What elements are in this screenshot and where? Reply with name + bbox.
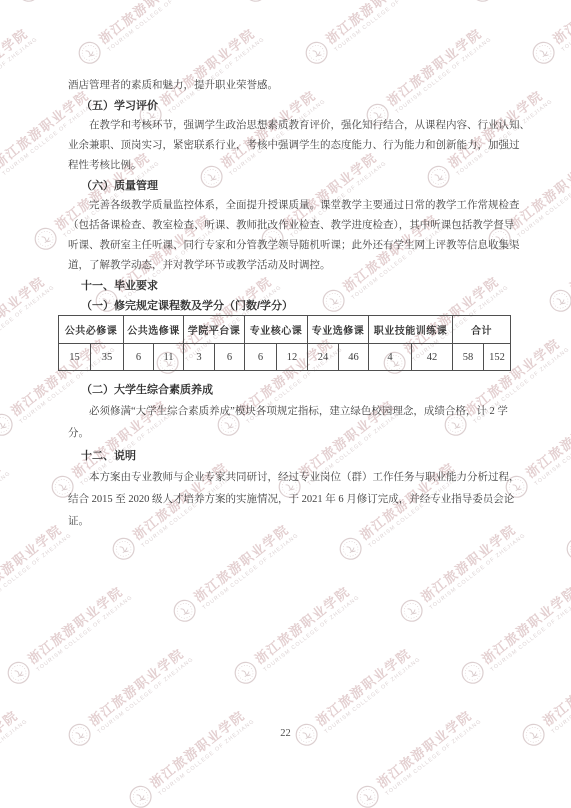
table-header-cell: 合计 [453,316,511,344]
table-value-cell: 6 [215,344,245,371]
table-value-cell: 35 [91,344,124,371]
table-header-cell: 公共选修课 [124,316,184,344]
watermark-stamp: 浙江旅游职业学院TOURISM COLLEGE OF ZHEJIANG [455,579,571,691]
section-heading: （一）修完规定课程数及学分（门数/学分） [68,296,512,316]
college-seal-icon [12,0,46,8]
watermark-text-en: TOURISM COLLEGE OF ZHEJIANG [551,656,571,735]
table-value-cell: 4 [369,344,412,371]
watermark-text: 浙江旅游职业学院TOURISM COLLEGE OF ZHEJIANG [250,579,361,674]
watermark-text: 浙江旅游职业学院TOURISM COLLEGE OF ZHEJIANG [538,641,571,736]
college-seal-icon [0,408,18,442]
watermark-stamp: 浙江旅游职业学院TOURISM COLLEGE OF ZHEJIANG [526,0,571,70]
watermark-stamp: 浙江旅游职业学院TOURISM COLLEGE OF ZHEJIANG [238,0,371,8]
watermark-text-cn: 浙江旅游职业学院 [84,641,191,730]
college-seal-icon [2,656,36,690]
table-value-cell: 46 [339,344,369,371]
college-seal-icon [0,160,1,194]
watermark-stamp: 浙江旅游职业学院TOURISM COLLEGE OF ZHEJIANG [0,455,12,567]
text-line: 必须修满“大学生综合素质养成”模块各项规定指标，建立绿色校园理念，成绩合格，计 … [68,401,512,423]
watermark-stamp: 浙江旅游职业学院TOURISM COLLEGE OF ZHEJIANG [299,0,432,70]
college-seal-icon [395,594,429,628]
table-value-cell: 6 [245,344,277,371]
watermark-text: 浙江旅游职业学院TOURISM COLLEGE OF ZHEJIANG [504,145,571,240]
watermark-text-en: TOURISM COLLEGE OF ZHEJIANG [490,594,571,673]
watermark-stamp: 浙江旅游职业学院TOURISM COLLEGE OF ZHEJIANG [11,0,144,8]
watermark-text: 浙江旅游职业学院TOURISM COLLEGE OF ZHEJIANG [0,517,73,612]
watermark-text: 浙江旅游职业学院TOURISM COLLEGE OF ZHEJIANG [94,0,205,53]
watermark-text-en: TOURISM COLLEGE OF ZHEJIANG [0,532,73,611]
watermark-stamp: 浙江旅游职业学院TOURISM COLLEGE OF ZHEJIANG [394,517,527,629]
table-header-cell: 专业选修课 [308,316,369,344]
text-line: 分。 [68,423,512,445]
text-line: 证。 [68,511,512,533]
college-seal-icon [124,780,158,808]
college-seal-icon [561,532,571,566]
watermark-text-en: TOURISM COLLEGE OF ZHEJIANG [324,656,423,735]
watermark-stamp: 浙江旅游职业学院TOURISM COLLEGE OF ZHEJIANG [350,703,483,808]
watermark-stamp: 浙江旅游职业学院TOURISM COLLEGE OF ZHEJIANG [228,579,361,691]
credits-table: 公共必修课公共选修课学院平台课专业核心课专业选修课职业技能训练课合计 15356… [58,315,511,371]
watermark-text-en: TOURISM COLLEGE OF ZHEJIANG [334,0,433,53]
college-seal-icon [239,0,273,8]
watermark-stamp: 浙江旅游职业学院TOURISM COLLEGE OF ZHEJIANG [0,703,29,808]
watermark-text-cn: 浙江旅游职业学院 [23,579,130,668]
watermark-text-cn: 浙江旅游职业学院 [565,207,571,296]
college-seal-icon [334,532,368,566]
college-seal-icon [351,780,385,808]
table-header-cell: 公共必修课 [59,316,124,344]
table-header-row: 公共必修课公共选修课学院平台课专业核心课专业选修课职业技能训练课合计 [59,316,511,344]
watermark-text-cn: 浙江旅游职业学院 [504,145,571,234]
watermark-text-en: TOURISM COLLEGE OF ZHEJIANG [263,594,362,673]
text-line: 道，了解教学动态，并对教学环节或教学活动及时调控。 [68,256,512,276]
watermark-stamp: 浙江旅游职业学院TOURISM COLLEGE OF ZHEJIANG [0,21,39,133]
watermark-text-cn: 浙江旅游职业学院 [321,0,428,48]
college-seal-icon [73,36,107,70]
watermark-text-en: TOURISM COLLEGE OF ZHEJIANG [429,532,528,611]
watermark-text-cn: 浙江旅游职业学院 [538,641,571,730]
watermark-text: 浙江旅游职业学院TOURISM COLLEGE OF ZHEJIANG [548,0,571,53]
watermark-text: 浙江旅游职业学院TOURISM COLLEGE OF ZHEJIANG [84,641,195,736]
table-header-cell: 职业技能训练课 [369,316,453,344]
text-line: 在教学和考核环节，强调学生政治思想素质教育评价，强化知行结合，从课程内容、行业认… [68,116,512,136]
college-seal-icon [29,222,63,256]
watermark-stamp: 浙江旅游职业学院TOURISM COLLEGE OF ZHEJIANG [0,269,56,381]
table-value-cell: 58 [453,344,484,371]
watermark-text-cn: 浙江旅游职业学院 [94,0,201,48]
watermark-stamp: 浙江旅游职业学院TOURISM COLLEGE OF ZHEJIANG [465,0,571,8]
watermark-text-en: TOURISM COLLEGE OF ZHEJIANG [107,0,206,53]
watermark-stamp: 浙江旅游职业学院TOURISM COLLEGE OF ZHEJIANG [123,703,256,808]
text-line: 业余兼职、顶岗实习，紧密联系行业，考核中强调学生的态度能力、行为能力和创新能力，… [68,136,512,156]
watermark-text: 浙江旅游职业学院TOURISM COLLEGE OF ZHEJIANG [372,703,483,798]
section-heading: 十一、毕业要求 [68,276,512,296]
table-value-cell: 11 [154,344,184,371]
college-seal-icon [107,532,141,566]
watermark-text-cn: 浙江旅游职业学院 [0,703,25,792]
college-seal-icon [229,656,263,690]
watermark-text-en: TOURISM COLLEGE OF ZHEJIANG [0,284,56,363]
watermark-text: 浙江旅游职业学院TOURISM COLLEGE OF ZHEJIANG [0,269,56,364]
text-line: 完善各级教学质量监控体系，全面提升授课质量。课堂教学主要通过日常的教学工作常规检… [68,196,512,216]
table-value-cell: 24 [308,344,339,371]
watermark-stamp: 浙江旅游职业学院TOURISM COLLEGE OF ZHEJIANG [543,207,571,319]
watermark-text: 浙江旅游职业学院TOURISM COLLEGE OF ZHEJIANG [0,455,12,550]
table-value-row: 153561136612244644258152 [59,344,511,371]
watermark-text: 浙江旅游职业学院TOURISM COLLEGE OF ZHEJIANG [0,21,39,116]
text-line: 结合 2015 至 2020 级人才培养方案的实施情况，于 2021 年 6 月… [68,489,512,511]
text-line: 酒店管理者的素质和魅力，提升职业荣誉感。 [68,76,512,96]
watermark-stamp: 浙江旅游职业学院TOURISM COLLEGE OF ZHEJIANG [560,455,571,567]
section-heading: （二）大学生综合素质养成 [68,379,512,401]
section-heading: （六）质量管理 [68,176,512,196]
watermark-text-en: TOURISM COLLEGE OF ZHEJIANG [561,0,571,53]
watermark-text-cn: 浙江旅游职业学院 [548,0,571,48]
watermark-stamp: 浙江旅游职业学院TOURISM COLLEGE OF ZHEJIANG [167,517,300,629]
text-line: 本方案由专业教师与企业专家共同研讨，经过专业岗位（群）工作任务与职业能力分析过程… [68,467,512,489]
watermark-text-cn: 浙江旅游职业学院 [0,269,52,358]
page-number: 22 [0,728,571,739]
watermark-text: 浙江旅游职业学院TOURISM COLLEGE OF ZHEJIANG [477,579,571,674]
college-seal-icon [544,284,571,318]
document-page: 浙江旅游职业学院TOURISM COLLEGE OF ZHEJIANG浙江旅游职… [0,0,571,808]
watermark-text: 浙江旅游职业学院TOURISM COLLEGE OF ZHEJIANG [565,207,571,302]
watermark-text: 浙江旅游职业学院TOURISM COLLEGE OF ZHEJIANG [311,641,422,736]
watermark-text: 浙江旅游职业学院TOURISM COLLEGE OF ZHEJIANG [0,703,29,798]
watermark-text-en: TOURISM COLLEGE OF ZHEJIANG [0,470,12,549]
college-seal-icon [456,656,490,690]
watermark-text-cn: 浙江旅游职业学院 [250,579,357,668]
text-line: 听课、教研室主任听课、同行专家和分管教学领导随机听课；此外还有学生网上评教等信息… [68,236,512,256]
watermark-text-cn: 浙江旅游职业学院 [0,21,35,110]
watermark-stamp: 浙江旅游职业学院TOURISM COLLEGE OF ZHEJIANG [1,579,134,691]
section-heading: （五）学习评价 [68,96,512,116]
table-value-cell: 15 [59,344,91,371]
watermark-text-en: TOURISM COLLEGE OF ZHEJIANG [517,160,571,239]
watermark-text-cn: 浙江旅游职业学院 [0,455,8,544]
table-value-cell: 6 [124,344,154,371]
watermark-text-en: TOURISM COLLEGE OF ZHEJIANG [97,656,196,735]
watermark-text-cn: 浙江旅游职业学院 [372,703,479,792]
college-seal-icon [527,36,561,70]
section-heading: 十二、说明 [68,445,512,467]
watermark-text-en: TOURISM COLLEGE OF ZHEJIANG [534,408,571,487]
watermark-stamp: 浙江旅游职业学院TOURISM COLLEGE OF ZHEJIANG [0,517,73,629]
college-seal-icon [466,0,500,8]
watermark-text-en: TOURISM COLLEGE OF ZHEJIANG [36,594,135,673]
text-line: 程性考核比例。 [68,156,512,176]
watermark-text-cn: 浙江旅游职业学院 [311,641,418,730]
upper-text-flow: 酒店管理者的素质和魅力，提升职业荣誉感。（五）学习评价在教学和考核环节，强调学生… [68,76,512,316]
watermark-text-en: TOURISM COLLEGE OF ZHEJIANG [0,36,39,115]
text-line: （包括备课检查、教室检查、听课、教师批改作业检查、教学进度检查），其中听课包括教… [68,216,512,236]
college-seal-icon [168,594,202,628]
watermark-text: 浙江旅游职业学院TOURISM COLLEGE OF ZHEJIANG [23,579,134,674]
table-header-cell: 专业核心课 [245,316,308,344]
college-seal-icon [300,36,334,70]
watermark-text: 浙江旅游职业学院TOURISM COLLEGE OF ZHEJIANG [321,0,432,53]
table-value-cell: 152 [484,344,511,371]
table-header-cell: 学院平台课 [184,316,245,344]
table-value-cell: 42 [412,344,453,371]
table-value-cell: 3 [184,344,215,371]
watermark-stamp: 浙江旅游职业学院TOURISM COLLEGE OF ZHEJIANG [72,0,205,70]
watermark-text-cn: 浙江旅游职业学院 [521,393,571,482]
watermark-text-en: TOURISM COLLEGE OF ZHEJIANG [202,532,301,611]
watermark-text-cn: 浙江旅游职业学院 [0,517,69,606]
watermark-text: 浙江旅游职业学院TOURISM COLLEGE OF ZHEJIANG [521,393,571,488]
lower-text-flow: （二）大学生综合素质养成必须修满“大学生综合素质养成”模块各项规定指标，建立绿色… [68,379,512,533]
watermark-text: 浙江旅游职业学院TOURISM COLLEGE OF ZHEJIANG [145,703,256,798]
table-value-cell: 12 [277,344,308,371]
watermark-text-cn: 浙江旅游职业学院 [145,703,252,792]
watermark-text-cn: 浙江旅游职业学院 [477,579,571,668]
